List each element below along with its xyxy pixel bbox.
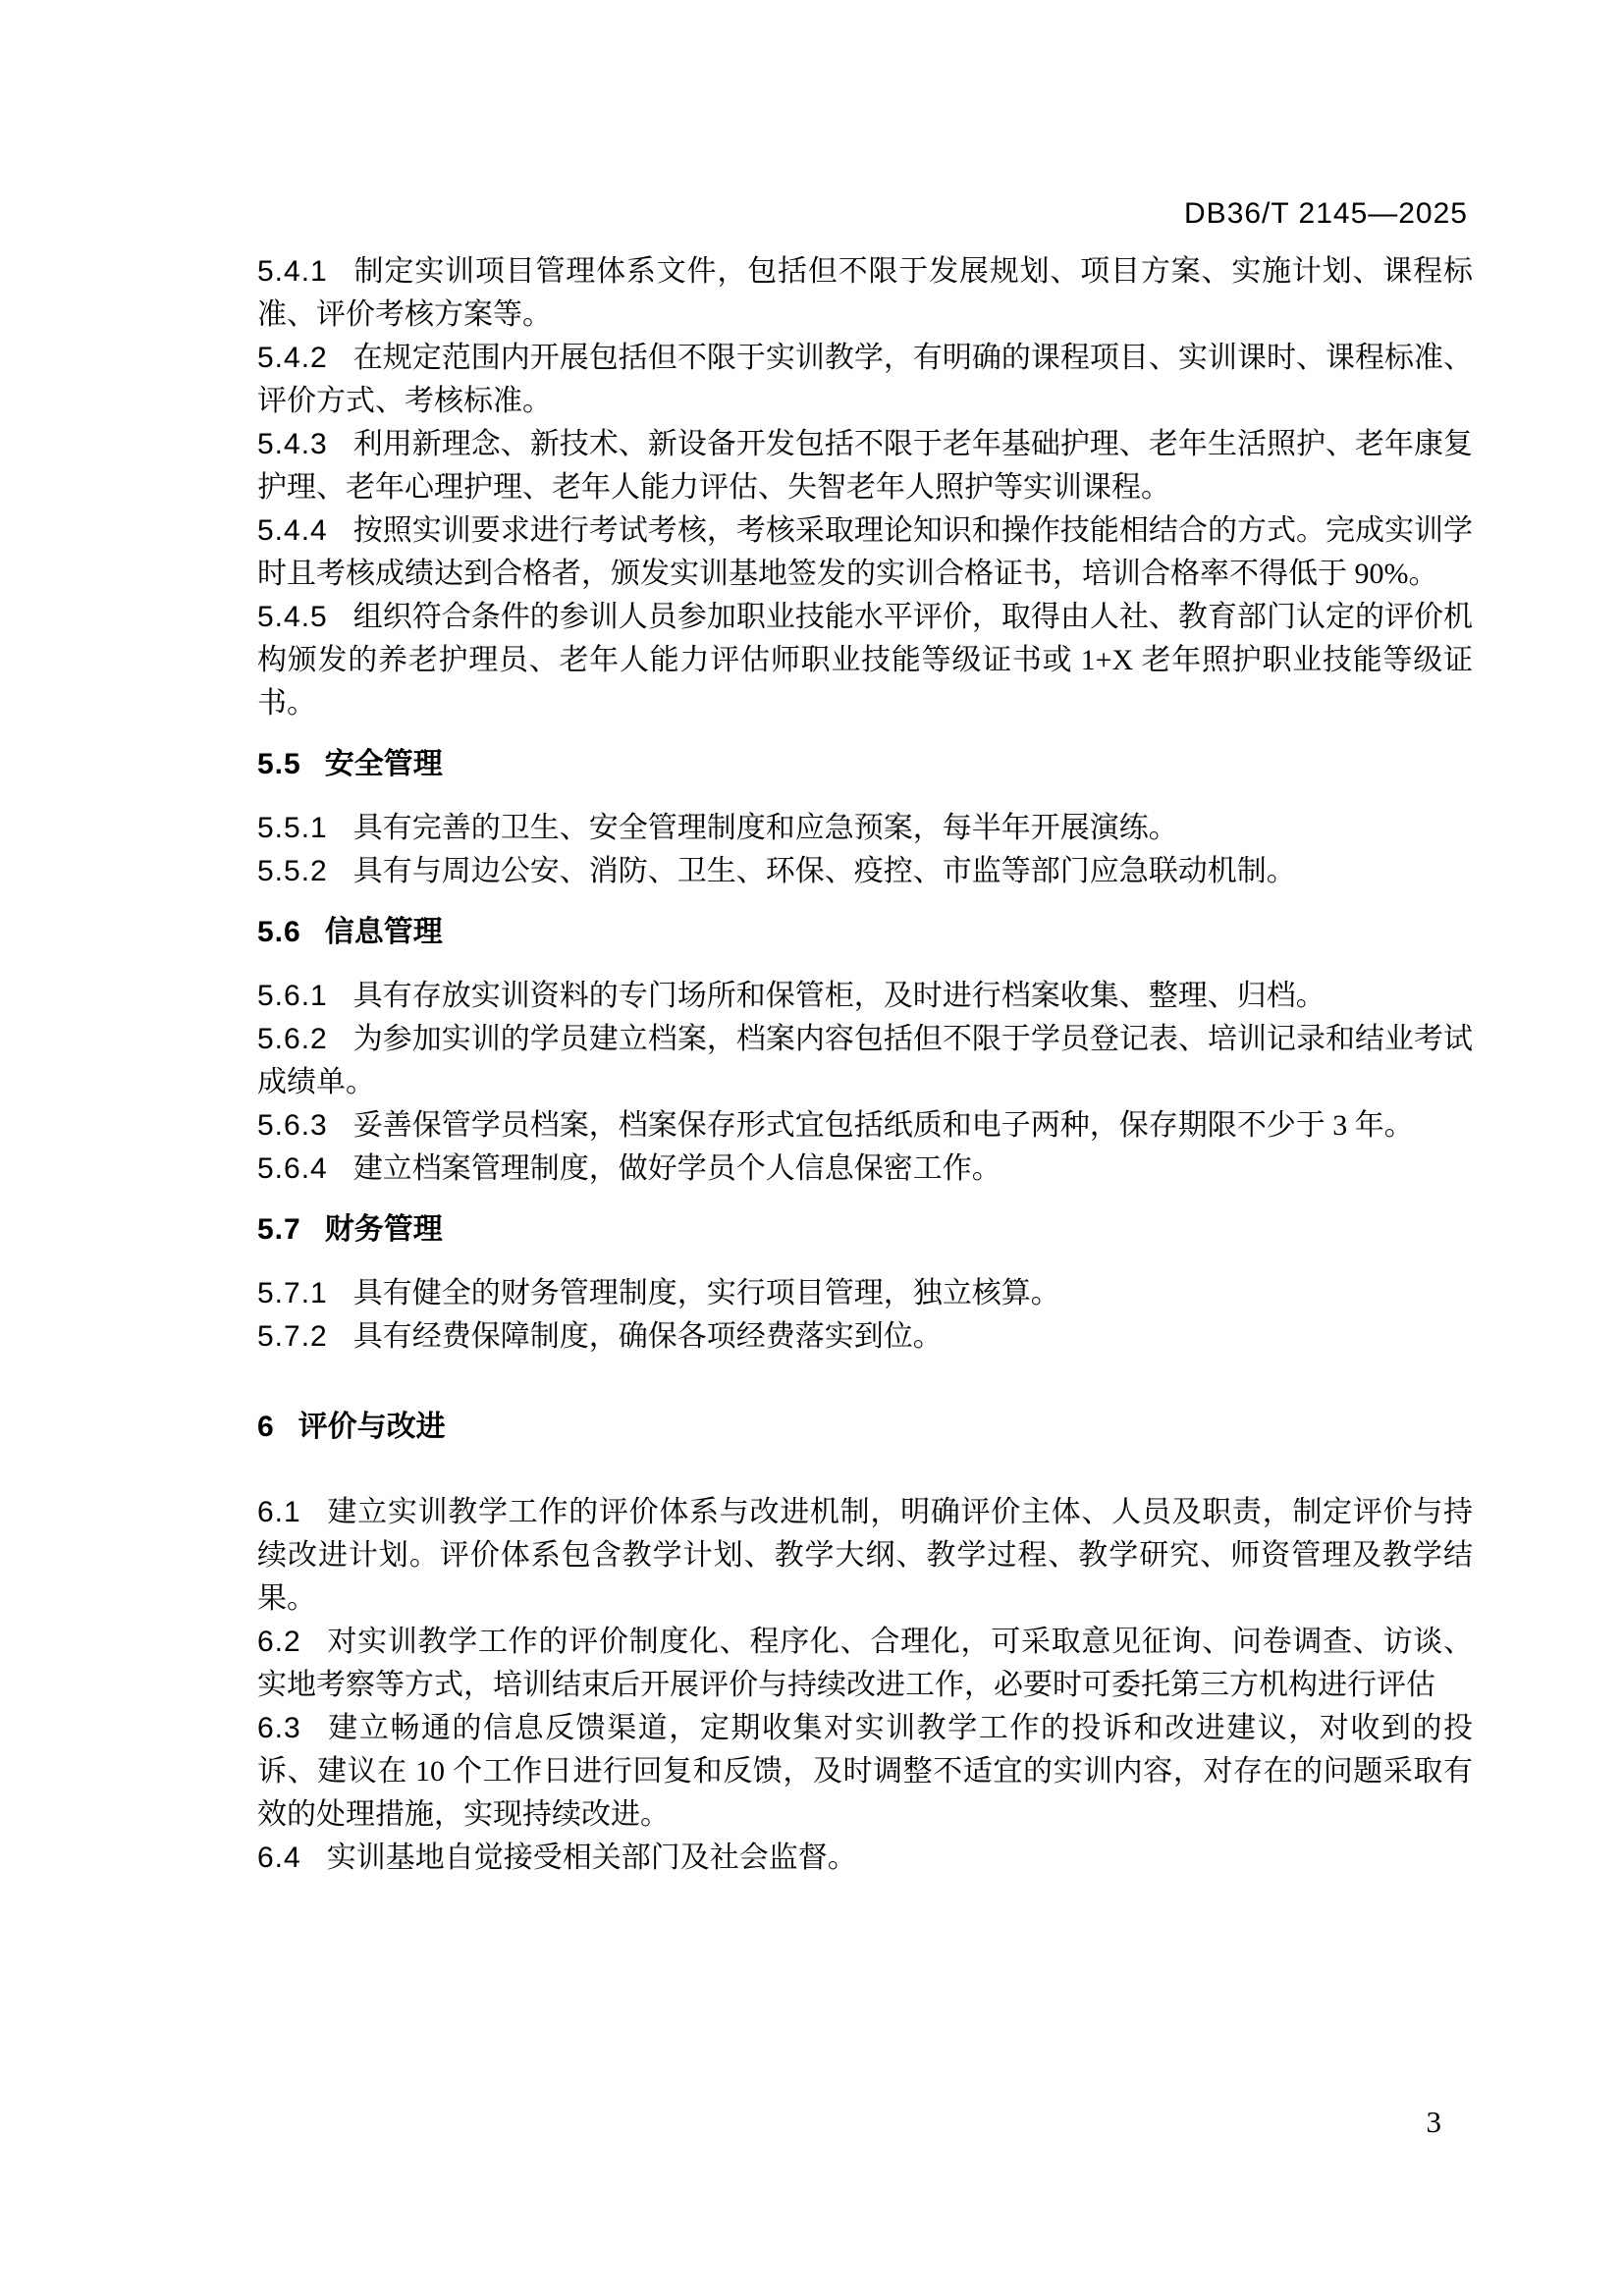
clause-text: 组织符合条件的参训人员参加职业技能水平评价，取得由人社、教育部门认定的评价机构颁…: [257, 601, 1473, 720]
clause-5-6-3: 5.6.3妥善保管学员档案，档案保存形式宜包括纸质和电子两种，保存期限不少于 3…: [257, 1104, 1473, 1148]
clause-5-6-1: 5.6.1具有存放实训资料的专门场所和保管柜，及时进行档案收集、整理、归档。: [257, 975, 1473, 1018]
clause-number: 6.1: [257, 1496, 327, 1528]
section-number: 5.5: [257, 748, 325, 780]
document-code-header: DB36/T 2145—2025: [1184, 197, 1468, 231]
clause-number: 5.5.1: [257, 812, 353, 844]
clause-number: 5.7.2: [257, 1320, 353, 1353]
section-number: 5.6: [257, 916, 325, 948]
clause-number: 5.6.1: [257, 980, 353, 1012]
clause-6-3: 6.3建立畅通的信息反馈渠道，定期收集对实训教学工作的投诉和改进建议，对收到的投…: [257, 1707, 1473, 1837]
document-page: DB36/T 2145—2025 5.4.1制定实训项目管理体系文件，包括但不限…: [0, 0, 1623, 2296]
clause-number: 5.6.4: [257, 1152, 353, 1185]
clause-text: 建立畅通的信息反馈渠道，定期收集对实训教学工作的投诉和改进建议，对收到的投诉、建…: [257, 1712, 1473, 1831]
clause-number: 5.6.2: [257, 1023, 353, 1055]
clause-6-2: 6.2对实训教学工作的评价制度化、程序化、合理化，可采取意见征询、问卷调查、访谈…: [257, 1621, 1473, 1707]
section-title: 安全管理: [325, 748, 443, 780]
chapter-number: 6: [257, 1411, 298, 1443]
clause-5-4-1: 5.4.1制定实训项目管理体系文件，包括但不限于发展规划、项目方案、实施计划、课…: [257, 250, 1473, 337]
clause-6-4: 6.4实训基地自觉接受相关部门及社会监督。: [257, 1837, 1473, 1880]
clause-text: 妥善保管学员档案，档案保存形式宜包括纸质和电子两种，保存期限不少于 3 年。: [353, 1109, 1414, 1142]
clause-5-7-1: 5.7.1具有健全的财务管理制度，实行项目管理，独立核算。: [257, 1272, 1473, 1315]
clause-5-4-3: 5.4.3利用新理念、新技术、新设备开发包括不限于老年基础护理、老年生活照护、老…: [257, 423, 1473, 509]
clause-text: 具有健全的财务管理制度，实行项目管理，独立核算。: [353, 1277, 1060, 1309]
clause-6-1: 6.1建立实训教学工作的评价体系与改进机制，明确评价主体、人员及职责，制定评价与…: [257, 1491, 1473, 1621]
clause-text: 具有完善的卫生、安全管理制度和应急预案，每半年开展演练。: [353, 812, 1178, 844]
clause-number: 6.2: [257, 1626, 327, 1658]
clause-text: 建立实训教学工作的评价体系与改进机制，明确评价主体、人员及职责，制定评价与持续改…: [257, 1496, 1473, 1615]
clause-number: 5.4.2: [257, 342, 353, 374]
clause-5-6-4: 5.6.4建立档案管理制度，做好学员个人信息保密工作。: [257, 1148, 1473, 1191]
clause-5-5-2: 5.5.2具有与周边公安、消防、卫生、环保、疫控、市监等部门应急联动机制。: [257, 850, 1473, 893]
clause-number: 5.6.3: [257, 1109, 353, 1142]
clause-5-7-2: 5.7.2具有经费保障制度，确保各项经费落实到位。: [257, 1315, 1473, 1359]
clause-text: 具有存放实训资料的专门场所和保管柜，及时进行档案收集、整理、归档。: [353, 980, 1325, 1012]
clause-number: 6.3: [257, 1712, 327, 1744]
section-heading-5-6: 5.6信息管理: [257, 911, 1473, 954]
clause-number: 5.4.3: [257, 428, 353, 460]
clause-5-4-2: 5.4.2在规定范围内开展包括但不限于实训教学，有明确的课程项目、实训课时、课程…: [257, 337, 1473, 423]
section-title: 财务管理: [325, 1213, 443, 1246]
section-heading-5-7: 5.7财务管理: [257, 1208, 1473, 1252]
clause-number: 5.5.2: [257, 855, 353, 887]
chapter-title: 评价与改进: [298, 1411, 446, 1443]
clause-5-4-4: 5.4.4按照实训要求进行考试考核，考核采取理论知识和操作技能相结合的方式。完成…: [257, 509, 1473, 596]
clause-5-5-1: 5.5.1具有完善的卫生、安全管理制度和应急预案，每半年开展演练。: [257, 807, 1473, 850]
clause-text: 在规定范围内开展包括但不限于实训教学，有明确的课程项目、实训课时、课程标准、评价…: [257, 342, 1473, 417]
clause-text: 具有与周边公安、消防、卫生、环保、疫控、市监等部门应急联动机制。: [353, 855, 1296, 887]
clause-number: 5.7.1: [257, 1277, 353, 1309]
document-body: 5.4.1制定实训项目管理体系文件，包括但不限于发展规划、项目方案、实施计划、课…: [257, 250, 1473, 1880]
clause-number: 5.4.5: [257, 601, 353, 633]
clause-text: 对实训教学工作的评价制度化、程序化、合理化，可采取意见征询、问卷调查、访谈、实地…: [257, 1626, 1473, 1701]
clause-text: 建立档案管理制度，做好学员个人信息保密工作。: [353, 1152, 1001, 1185]
chapter-heading-6: 6评价与改进: [257, 1406, 1473, 1449]
section-heading-5-5: 5.5安全管理: [257, 743, 1473, 786]
clause-text: 制定实训项目管理体系文件，包括但不限于发展规划、项目方案、实施计划、课程标准、评…: [257, 255, 1473, 331]
clause-text: 按照实训要求进行考试考核，考核采取理论知识和操作技能相结合的方式。完成实训学时且…: [257, 514, 1473, 590]
section-title: 信息管理: [325, 916, 443, 948]
clause-number: 5.4.1: [257, 255, 353, 288]
clause-text: 利用新理念、新技术、新设备开发包括不限于老年基础护理、老年生活照护、老年康复护理…: [257, 428, 1473, 504]
clause-5-6-2: 5.6.2为参加实训的学员建立档案，档案内容包括但不限于学员登记表、培训记录和结…: [257, 1018, 1473, 1104]
clause-number: 5.4.4: [257, 514, 353, 547]
clause-text: 为参加实训的学员建立档案，档案内容包括但不限于学员登记表、培训记录和结业考试成绩…: [257, 1023, 1473, 1098]
clause-text: 具有经费保障制度，确保各项经费落实到位。: [353, 1320, 943, 1353]
clause-5-4-5: 5.4.5组织符合条件的参训人员参加职业技能水平评价，取得由人社、教育部门认定的…: [257, 596, 1473, 725]
clause-text: 实训基地自觉接受相关部门及社会监督。: [327, 1842, 857, 1874]
section-number: 5.7: [257, 1213, 325, 1246]
page-number: 3: [1427, 2105, 1442, 2140]
clause-number: 6.4: [257, 1842, 327, 1874]
